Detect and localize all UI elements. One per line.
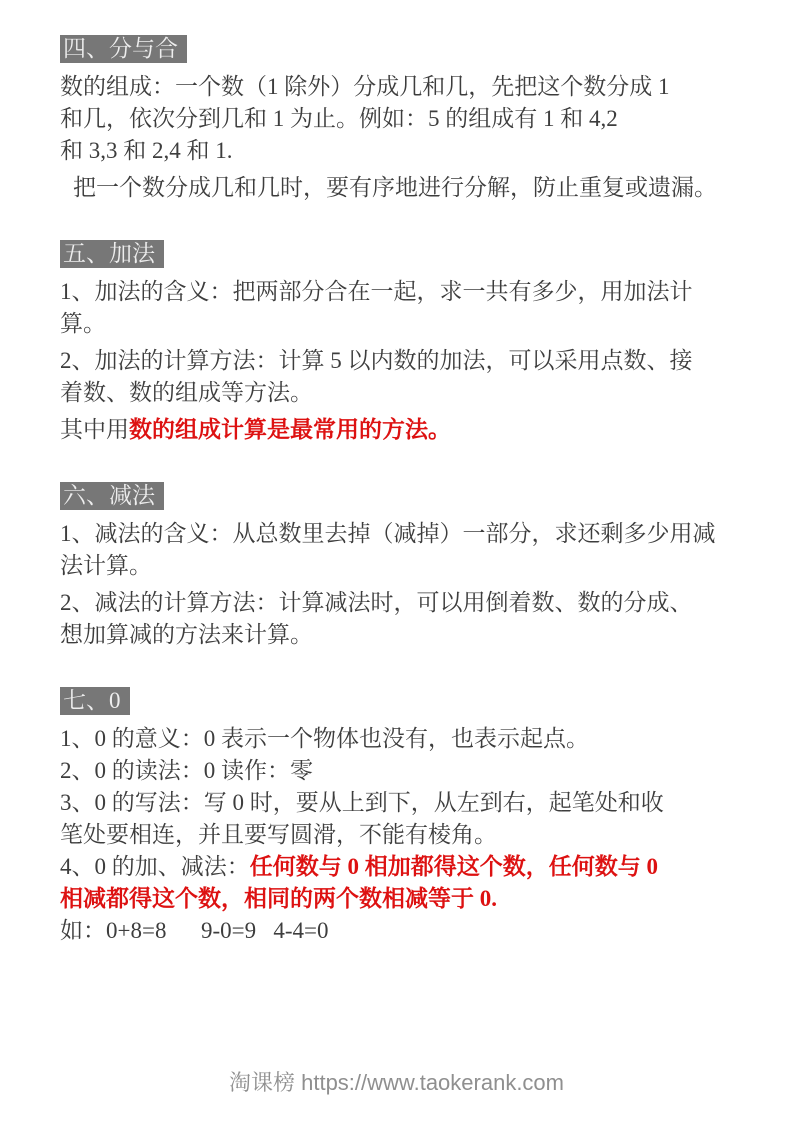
text-line: 法计算。 xyxy=(60,550,775,582)
text-line: 如：0+8=8 9-0=9 4-4=0 xyxy=(60,915,775,947)
text-line: 相减都得这个数，相同的两个数相减等于 0. xyxy=(60,883,775,915)
section-heading: 七、0 xyxy=(60,687,130,715)
text-line: 1、减法的含义：从总数里去掉（减掉）一部分，求还剩多少用减 xyxy=(60,518,775,550)
body-text: 2、0 的读法：0 读作：零 xyxy=(60,758,313,783)
paragraph: 1、加法的含义：把两部分合在一起，求一共有多少，用加法计算。 xyxy=(60,276,775,340)
body-text: 把一个数分成几和几时，要有序地进行分解，防止重复或遗漏。 xyxy=(73,175,717,200)
paragraph: 4、0 的加、减法：任何数与 0 相加都得这个数，任何数与 0相减都得这个数，相… xyxy=(60,851,775,915)
text-line: 笔处要相连，并且要写圆滑，不能有棱角。 xyxy=(60,819,775,851)
highlight-red-text: 任何数与 0 相加都得这个数，任何数与 0 xyxy=(250,854,658,879)
text-line: 数的组成：一个数（1 除外）分成几和几，先把这个数分成 1 xyxy=(60,71,775,103)
paragraph: 如：0+8=8 9-0=9 4-4=0 xyxy=(60,915,775,947)
text-line: 其中用数的组成计算是最常用的方法。 xyxy=(60,414,775,446)
body-text: 笔处要相连，并且要写圆滑，不能有棱角。 xyxy=(60,822,497,847)
body-text: 和 3,3 和 2,4 和 1. xyxy=(60,138,233,163)
body-text: 法计算。 xyxy=(60,553,152,578)
body-text: 想加算减的方法来计算。 xyxy=(60,622,313,647)
body-text: 1、加法的含义：把两部分合在一起，求一共有多少，用加法计 xyxy=(60,279,693,304)
text-line: 把一个数分成几和几时，要有序地进行分解，防止重复或遗漏。 xyxy=(73,172,775,204)
footer-watermark: 淘课榜 https://www.taokerank.com xyxy=(0,1066,793,1097)
text-line: 2、加法的计算方法：计算 5 以内数的加法，可以采用点数、接 xyxy=(60,345,775,377)
section-heading: 四、分与合 xyxy=(60,35,187,63)
text-line: 1、0 的意义：0 表示一个物体也没有，也表示起点。 xyxy=(60,723,775,755)
paragraph: 把一个数分成几和几时，要有序地进行分解，防止重复或遗漏。 xyxy=(60,172,775,204)
body-text: 1、0 的意义：0 表示一个物体也没有，也表示起点。 xyxy=(60,726,589,751)
text-line: 3、0 的写法：写 0 时，要从上到下，从左到右，起笔处和收 xyxy=(60,787,775,819)
text-line: 1、加法的含义：把两部分合在一起，求一共有多少，用加法计 xyxy=(60,276,775,308)
document-content: 四、分与合数的组成：一个数（1 除外）分成几和几，先把这个数分成 1和几，依次分… xyxy=(0,0,793,947)
text-line: 和几，依次分到几和 1 为止。例如：5 的组成有 1 和 4,2 xyxy=(60,103,775,135)
text-line: 和 3,3 和 2,4 和 1. xyxy=(60,135,775,167)
body-text: 和几，依次分到几和 1 为止。例如：5 的组成有 1 和 4,2 xyxy=(60,106,618,131)
paragraph: 3、0 的写法：写 0 时，要从上到下，从左到右，起笔处和收笔处要相连，并且要写… xyxy=(60,787,775,851)
document-page: 四、分与合数的组成：一个数（1 除外）分成几和几，先把这个数分成 1和几，依次分… xyxy=(0,0,793,1122)
paragraph: 2、减法的计算方法：计算减法时，可以用倒着数、数的分成、想加算减的方法来计算。 xyxy=(60,587,775,651)
paragraph: 2、0 的读法：0 读作：零 xyxy=(60,755,775,787)
body-text: 1、减法的含义：从总数里去掉（减掉）一部分，求还剩多少用减 xyxy=(60,521,716,546)
text-line: 算。 xyxy=(60,308,775,340)
paragraph: 2、加法的计算方法：计算 5 以内数的加法，可以采用点数、接着数、数的组成等方法… xyxy=(60,345,775,409)
text-line: 着数、数的组成等方法。 xyxy=(60,377,775,409)
body-text: 算。 xyxy=(60,311,106,336)
body-text: 着数、数的组成等方法。 xyxy=(60,380,313,405)
section-heading: 六、减法 xyxy=(60,482,164,510)
paragraph: 1、减法的含义：从总数里去掉（减掉）一部分，求还剩多少用减法计算。 xyxy=(60,518,775,582)
body-text: 如：0+8=8 9-0=9 4-4=0 xyxy=(60,918,328,943)
text-line: 想加算减的方法来计算。 xyxy=(60,619,775,651)
body-text: 2、加法的计算方法：计算 5 以内数的加法，可以采用点数、接 xyxy=(60,348,693,373)
body-text: 2、减法的计算方法：计算减法时，可以用倒着数、数的分成、 xyxy=(60,590,693,615)
section-heading: 五、加法 xyxy=(60,240,164,268)
text-line: 2、减法的计算方法：计算减法时，可以用倒着数、数的分成、 xyxy=(60,587,775,619)
text-line: 4、0 的加、减法：任何数与 0 相加都得这个数，任何数与 0 xyxy=(60,851,775,883)
highlight-red-text: 数的组成计算是最常用的方法。 xyxy=(129,417,451,442)
body-text: 3、0 的写法：写 0 时，要从上到下，从左到右，起笔处和收 xyxy=(60,790,664,815)
highlight-red-text: 相减都得这个数，相同的两个数相减等于 0. xyxy=(60,886,497,911)
body-text: 数的组成：一个数（1 除外）分成几和几，先把这个数分成 1 xyxy=(60,74,670,99)
paragraph: 其中用数的组成计算是最常用的方法。 xyxy=(60,414,775,446)
paragraph: 1、0 的意义：0 表示一个物体也没有，也表示起点。 xyxy=(60,723,775,755)
body-text: 其中用 xyxy=(60,417,129,442)
text-line: 2、0 的读法：0 读作：零 xyxy=(60,755,775,787)
body-text: 4、0 的加、减法： xyxy=(60,854,250,879)
paragraph: 数的组成：一个数（1 除外）分成几和几，先把这个数分成 1和几，依次分到几和 1… xyxy=(60,71,775,167)
